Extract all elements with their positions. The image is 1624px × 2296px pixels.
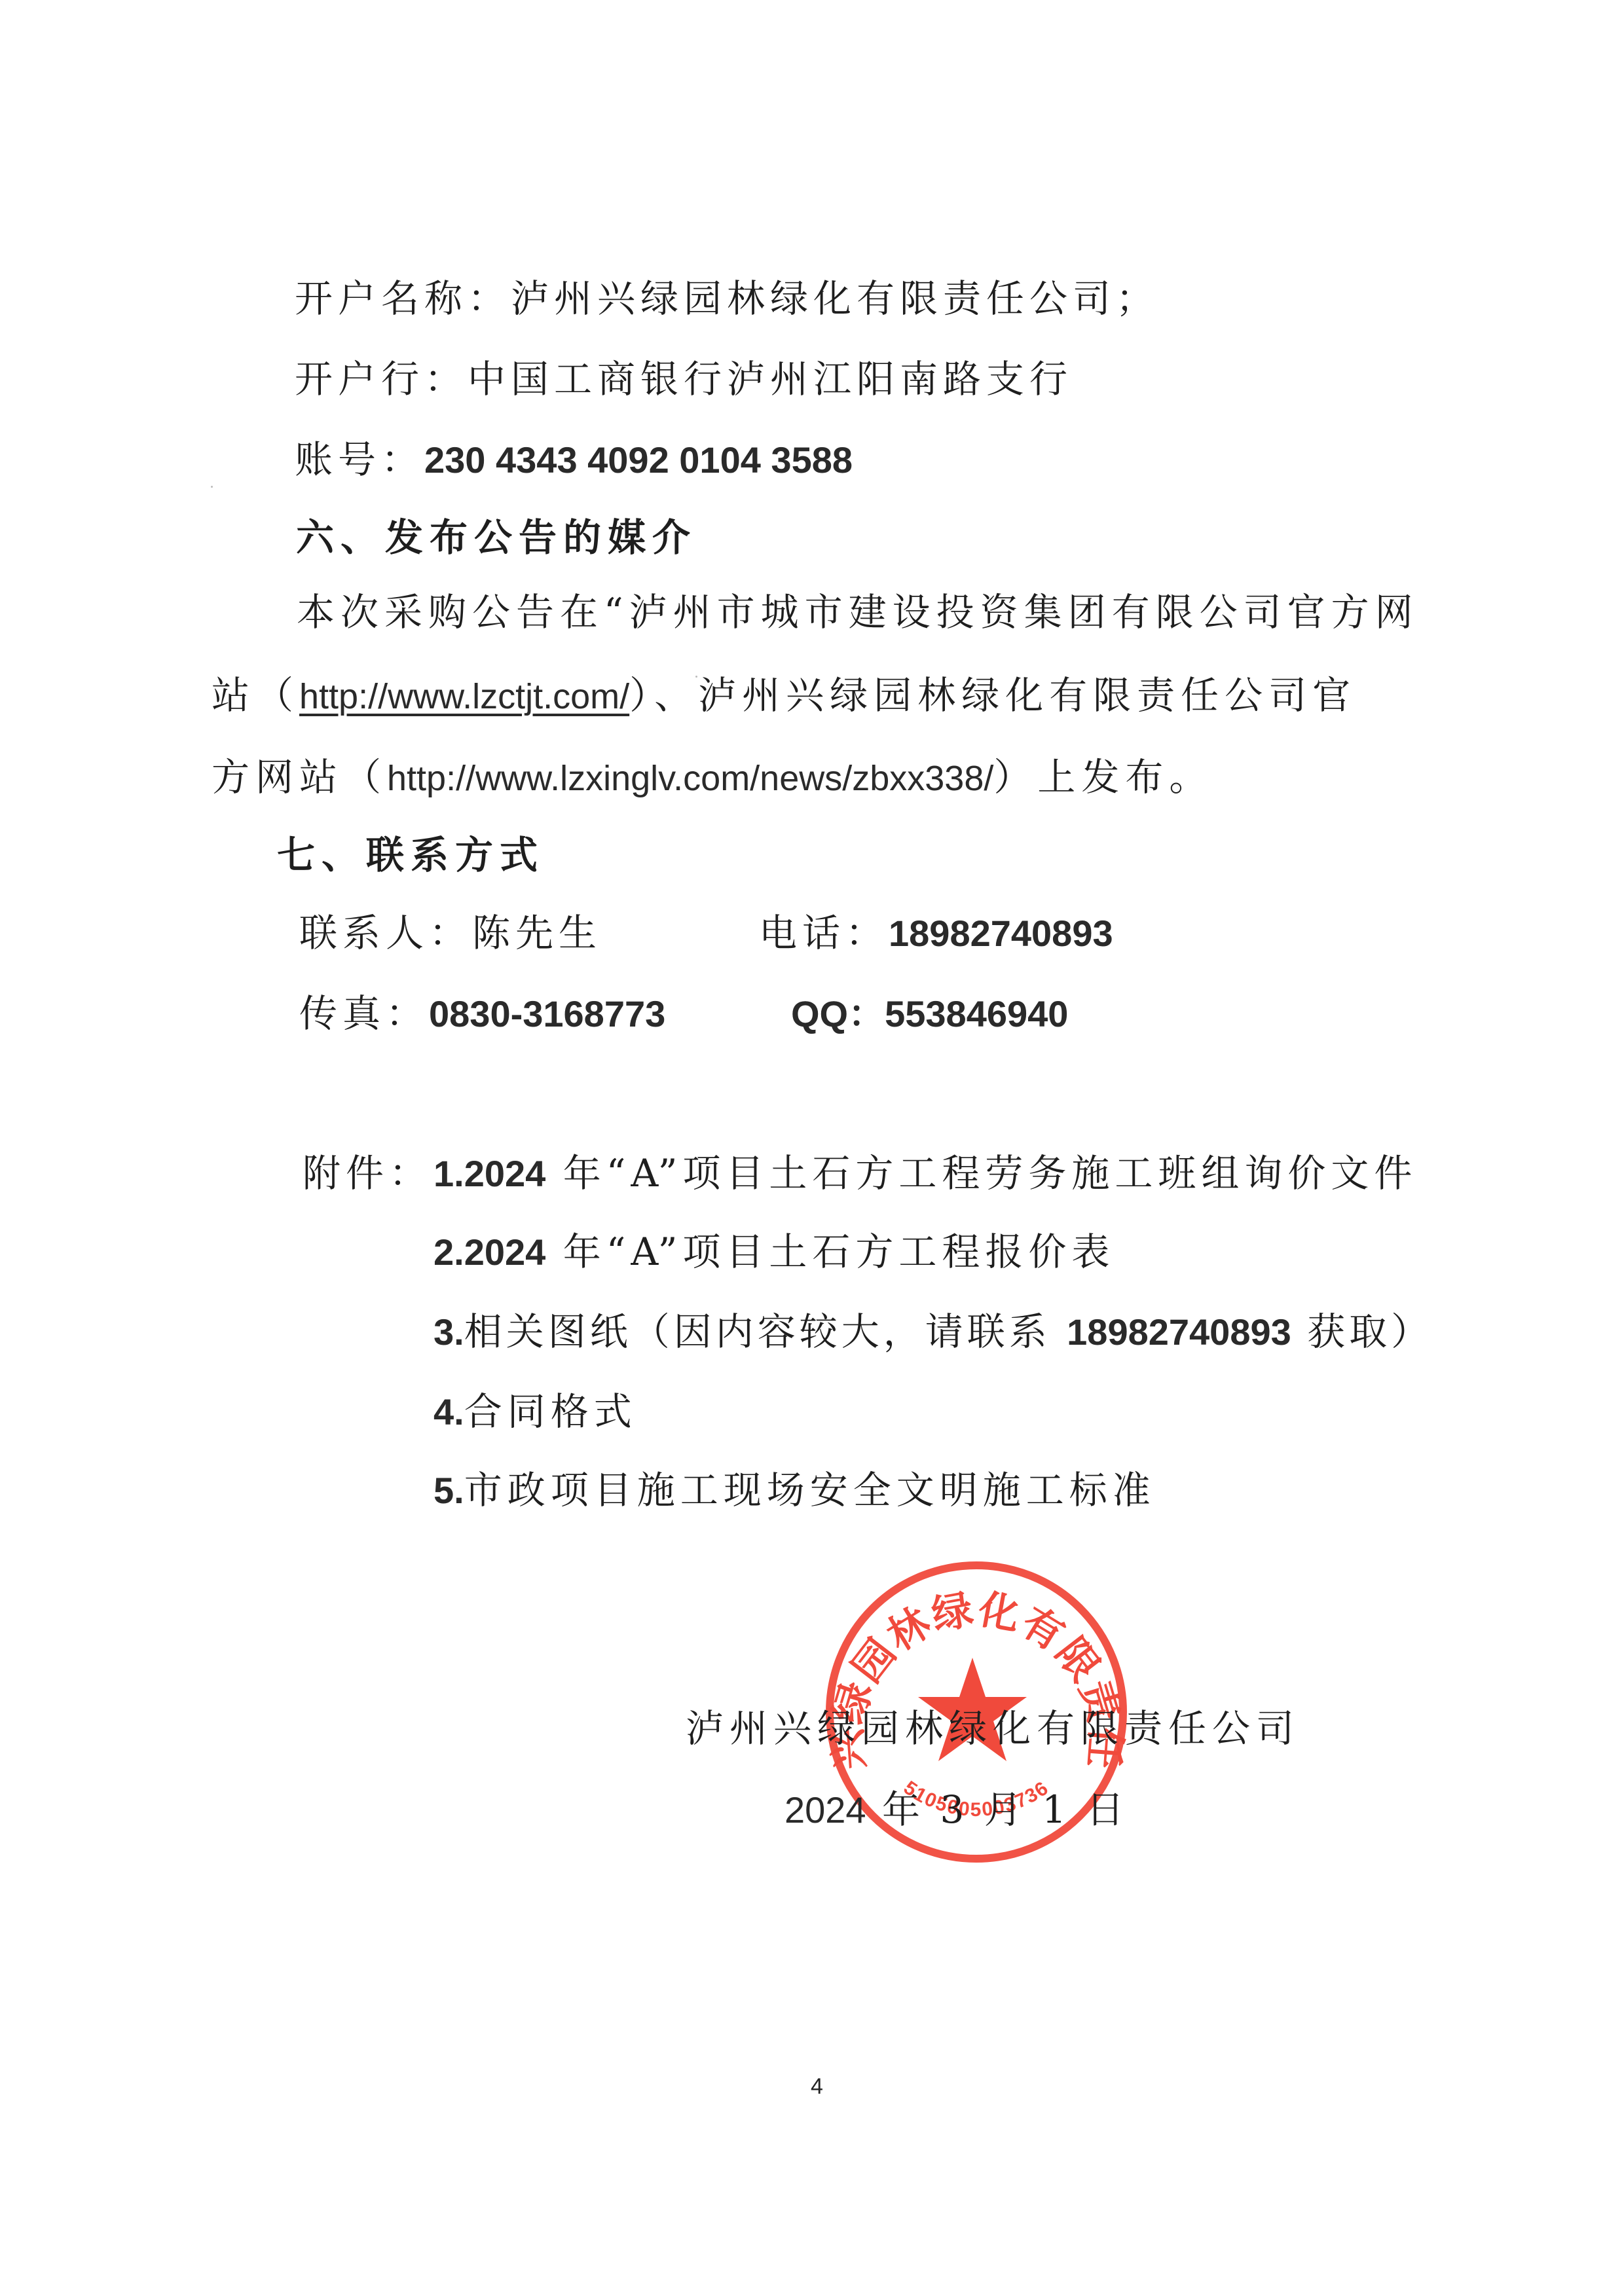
contact-name: 陈先生 [472, 911, 602, 955]
bank-label: 开户行： [295, 357, 468, 401]
date-year: 2024 [784, 1789, 866, 1831]
qq-label: QQ： [791, 993, 885, 1034]
link-lzxinglv[interactable]: http://www.lzxinglv.com/news/zbxx338/ [387, 759, 993, 798]
account-number-value: 230 4343 4092 0104 3588 [424, 439, 853, 481]
bank-name: 中国工商银行泸州江阳南路支行 [468, 357, 1073, 401]
text: 站（ [212, 673, 299, 718]
contact-person-line: 联系人：陈先生 [299, 912, 602, 954]
contact-label: 联系人： [299, 911, 472, 955]
fax-label: 传真： [299, 991, 429, 1036]
item-number: 1. [434, 1153, 464, 1194]
text: 方网站（ [212, 755, 387, 799]
attachments-label: 附件： [303, 1152, 432, 1194]
item-year: 2024 [464, 1231, 546, 1273]
page-number: 4 [811, 2074, 823, 2100]
qq-value: 553846940 [885, 993, 1068, 1034]
attachment-item-2: 2.2024 年“A”项目土石方工程报价表 [434, 1231, 1115, 1273]
attachment-item-4: 4.合同格式 [434, 1391, 637, 1433]
item-text: 合同格式 [464, 1389, 637, 1434]
link-lzctjt[interactable]: http://www.lzctjt.com/ [299, 677, 629, 716]
item-number: 4. [434, 1391, 464, 1432]
item-year: 2024 [464, 1153, 546, 1194]
attachment-item-1: 1.2024 年“A”项目土石方工程劳务施工班组询价文件 [434, 1152, 1417, 1195]
item-text: 相关图纸（因内容较大，请联系 [464, 1309, 1067, 1354]
section-6-para-line-3: 方网站（http://www.lzxinglv.com/news/zbxx338… [212, 756, 1213, 799]
qq-line: QQ：553846940 [791, 993, 1068, 1035]
fax-line: 传真：0830-3168773 [299, 993, 665, 1035]
item-number: 3. [434, 1311, 464, 1353]
item-number: 5. [434, 1470, 464, 1511]
section-6-para-line-2: 站（http://www.lzctjt.com/）、泸州兴绿园林绿化有限责任公司… [212, 674, 1356, 718]
account-number-line: 账号：230 4343 4092 0104 3588 [295, 439, 853, 481]
section-6-para-line-1: 本次采购公告在“泸州市城市建设投资集团有限公司官方网 [297, 591, 1419, 633]
phone-label: 电话： [759, 911, 889, 955]
signature-date: 2024 年 3 月 1 日 [784, 1789, 1128, 1831]
account-name-line: 开户名称：泸州兴绿园林绿化有限责任公司； [295, 278, 1159, 319]
item-phone: 18982740893 [1067, 1311, 1291, 1353]
item-text: 市政项目施工现场安全文明施工标准 [464, 1468, 1156, 1512]
account-number-label: 账号： [295, 437, 424, 482]
attachment-item-5: 5.市政项目施工现场安全文明施工标准 [434, 1469, 1156, 1512]
item-text: 年“A”项目土石方工程报价表 [545, 1230, 1115, 1274]
attachment-item-3: 3.相关图纸（因内容较大，请联系 18982740893 获取） [434, 1311, 1433, 1353]
text: ）、泸州兴绿园林绿化有限责任公司官 [629, 673, 1356, 718]
signature-company: 泸州兴绿园林绿化有限责任公司 [686, 1707, 1300, 1749]
section-6-heading: 六、发布公告的媒介 [296, 517, 697, 558]
account-name-value: 泸州兴绿园林绿化有限责任公司； [511, 276, 1159, 321]
section-7-heading: 七、联系方式 [277, 834, 544, 876]
fax-value: 0830-3168773 [429, 993, 665, 1034]
bank-line: 开户行：中国工商银行泸州江阳南路支行 [295, 358, 1073, 400]
scan-speck [695, 676, 697, 678]
account-name-label: 开户名称： [295, 276, 511, 321]
item-text: 年“A”项目土石方工程劳务施工班组询价文件 [545, 1151, 1417, 1195]
item-text: 获取） [1291, 1309, 1433, 1354]
phone-value: 18982740893 [889, 913, 1113, 954]
scan-speck [211, 486, 213, 488]
phone-line: 电话：18982740893 [759, 912, 1113, 955]
item-number: 2. [434, 1231, 464, 1273]
text: ）上发布。 [993, 755, 1213, 799]
date-rest: 年 3 月 1 日 [866, 1787, 1128, 1832]
